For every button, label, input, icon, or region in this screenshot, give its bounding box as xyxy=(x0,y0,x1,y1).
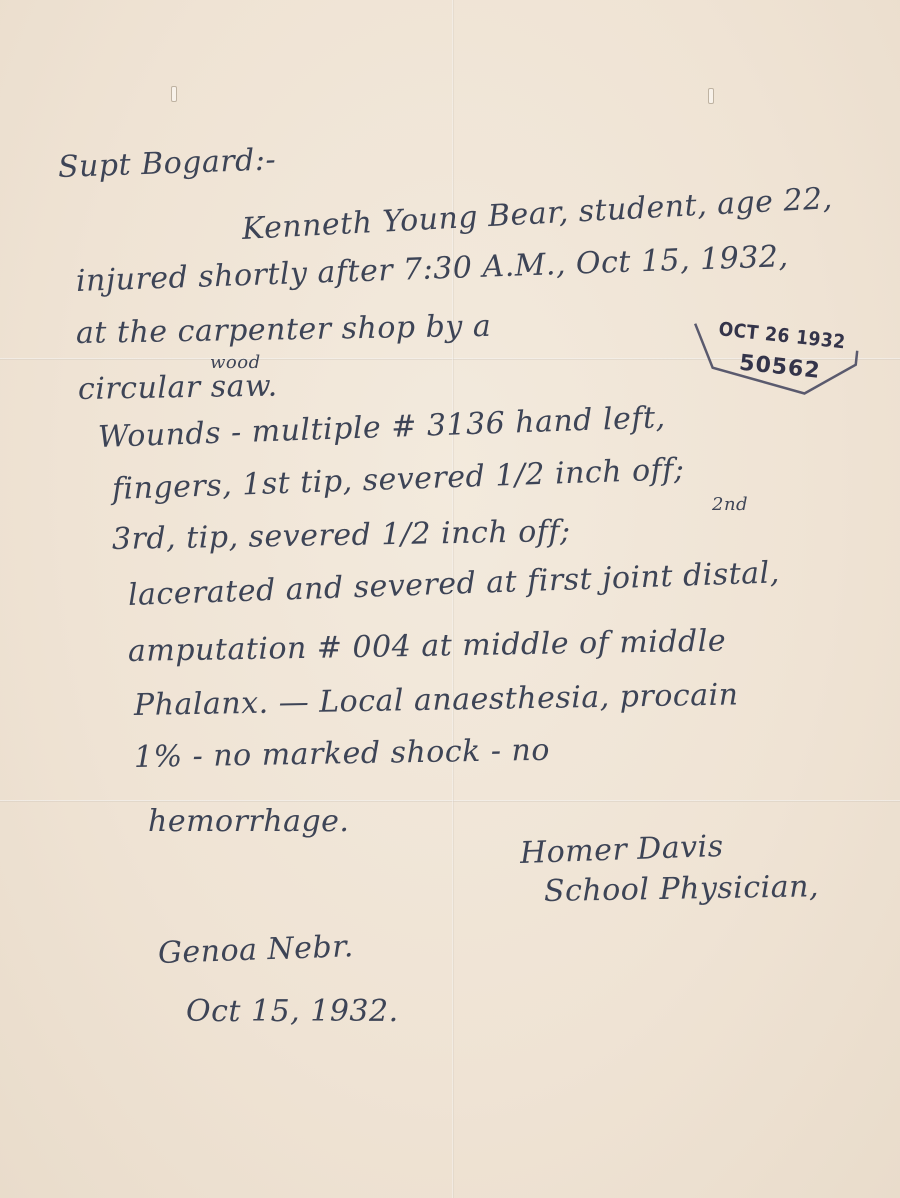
fold-crease xyxy=(0,800,900,802)
body-line-11: 1% - no marked shock - no xyxy=(134,733,550,775)
signature-name: Homer Davis xyxy=(519,829,724,871)
received-stamp: OCT 26 1932 50562 xyxy=(684,309,861,406)
body-line-3: at the carpenter shop by a xyxy=(76,309,492,351)
body-line-7: 3rd, tip, severed 1/2 inch off; xyxy=(112,514,571,557)
staple-hole-icon xyxy=(171,86,177,102)
salutation: Supt Bogard:- xyxy=(57,142,276,185)
body-line-9: amputation # 004 at middle of middle xyxy=(128,624,727,669)
insertion-2nd: 2nd xyxy=(712,494,748,515)
date: Oct 15, 1932. xyxy=(186,994,399,1029)
place: Genoa Nebr. xyxy=(157,929,354,971)
body-line-2: injured shortly after 7:30 A.M., Oct 15,… xyxy=(75,239,789,299)
body-line-5: Wounds - multiple # 3136 hand left, xyxy=(97,400,666,455)
body-line-4: circular saw. xyxy=(78,369,278,407)
signature-title: School Physician, xyxy=(544,869,820,909)
body-line-10: Phalanx. — Local anaesthesia, procain xyxy=(134,677,739,723)
body-line-1: Kenneth Young Bear, student, age 22, xyxy=(241,181,833,247)
body-line-6: fingers, 1st tip, severed 1/2 inch off; xyxy=(111,452,685,507)
document-page: Supt Bogard:- Kenneth Young Bear, studen… xyxy=(0,0,900,1198)
body-line-12: hemorrhage. xyxy=(148,804,349,839)
staple-hole-icon xyxy=(708,88,714,104)
